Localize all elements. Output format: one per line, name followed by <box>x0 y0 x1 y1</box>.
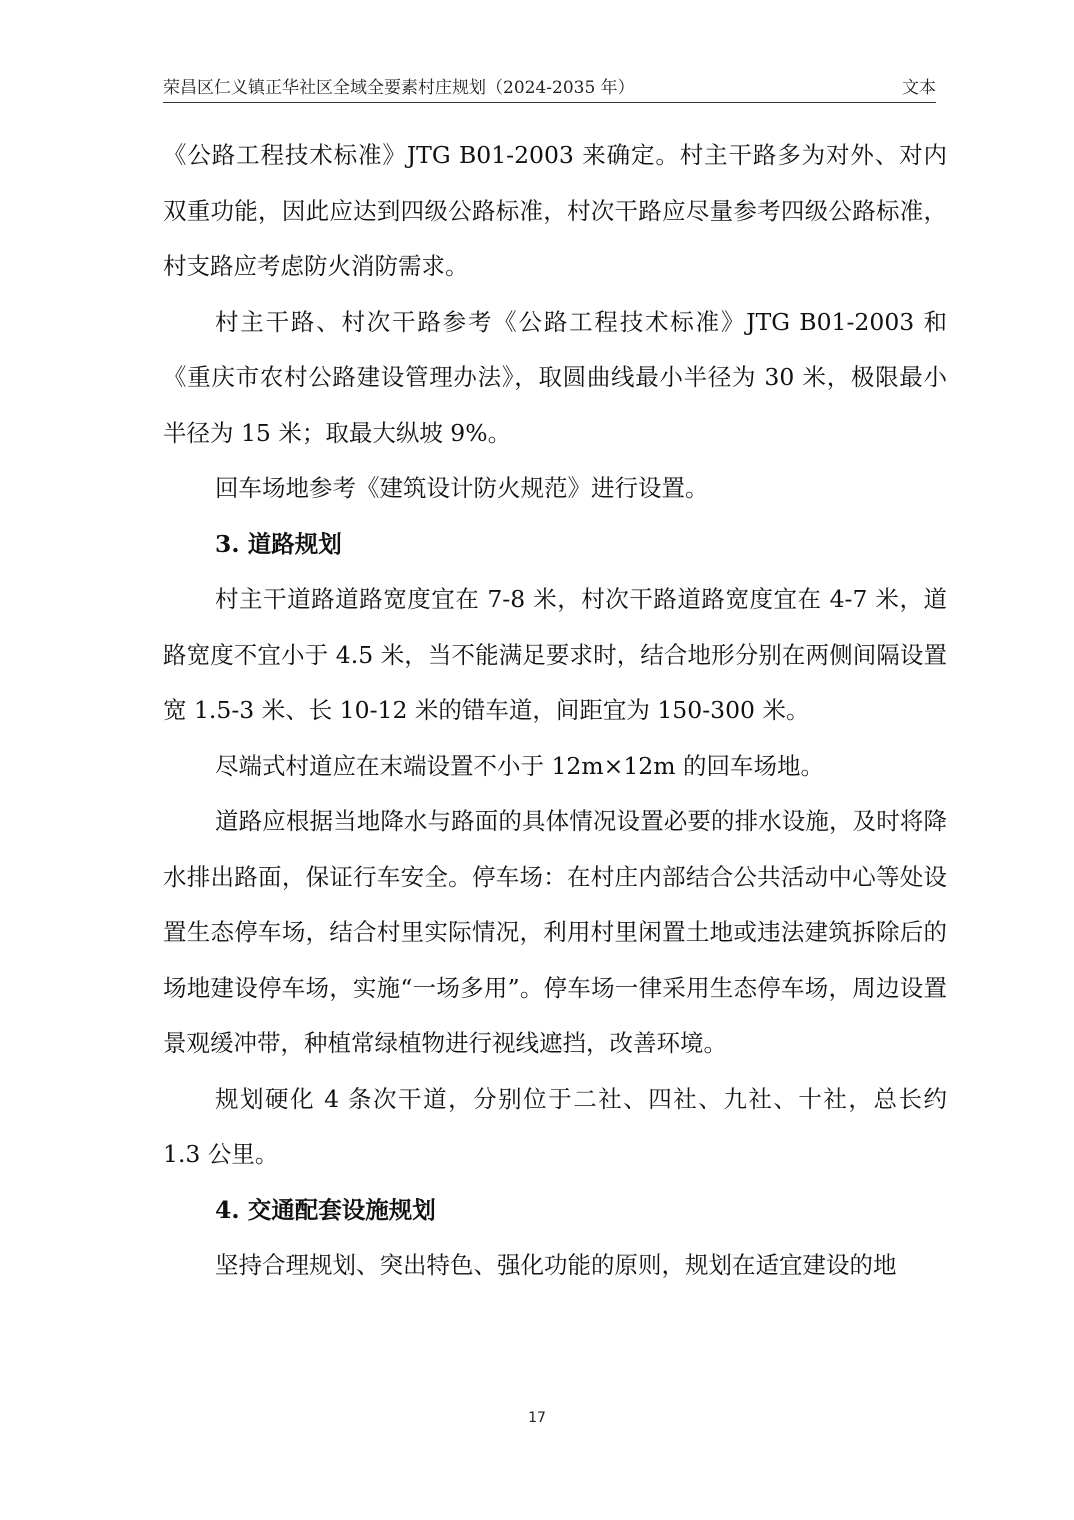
paragraph-facility-principle: 坚持合理规划、突出特色、强化功能的原则，规划在适宜建设的地 <box>163 1238 947 1294</box>
paragraph-road-standard: 《公路工程技术标准》JTG B01-2003 来确定。村主干路多为对外、对内双重… <box>163 128 947 295</box>
paragraph-curve-radius: 村主干路、村次干路参考《公路工程技术标准》JTG B01-2003 和《重庆市农… <box>163 295 947 462</box>
page-header: 荣昌区仁义镇正华社区全域全要素村庄规划（2024-2035 年） 文本 <box>163 76 936 103</box>
paragraph-road-width: 村主干道路道路宽度宜在 7-8 米，村次干路道路宽度宜在 4-7 米，道路宽度不… <box>163 572 947 739</box>
section-heading-traffic-facilities: 4. 交通配套设施规划 <box>163 1183 947 1239</box>
document-title: 荣昌区仁义镇正华社区全域全要素村庄规划（2024-2035 年） <box>163 76 635 100</box>
page-number: 17 <box>0 1410 1074 1426</box>
paragraph-turnaround-reference: 回车场地参考《建筑设计防火规范》进行设置。 <box>163 461 947 517</box>
paragraph-dead-end: 尽端式村道应在末端设置不小于 12m×12m 的回车场地。 <box>163 739 947 795</box>
paragraph-drainage-parking: 道路应根据当地降水与路面的具体情况设置必要的排水设施，及时将降水排出路面，保证行… <box>163 794 947 1072</box>
section-heading-road-planning: 3. 道路规划 <box>163 517 947 573</box>
document-type-label: 文本 <box>902 76 936 100</box>
page-body: 《公路工程技术标准》JTG B01-2003 来确定。村主干路多为对外、对内双重… <box>163 128 947 1294</box>
paragraph-hardening-plan: 规划硬化 4 条次干道，分别位于二社、四社、九社、十社，总长约 1.3 公里。 <box>163 1072 947 1183</box>
